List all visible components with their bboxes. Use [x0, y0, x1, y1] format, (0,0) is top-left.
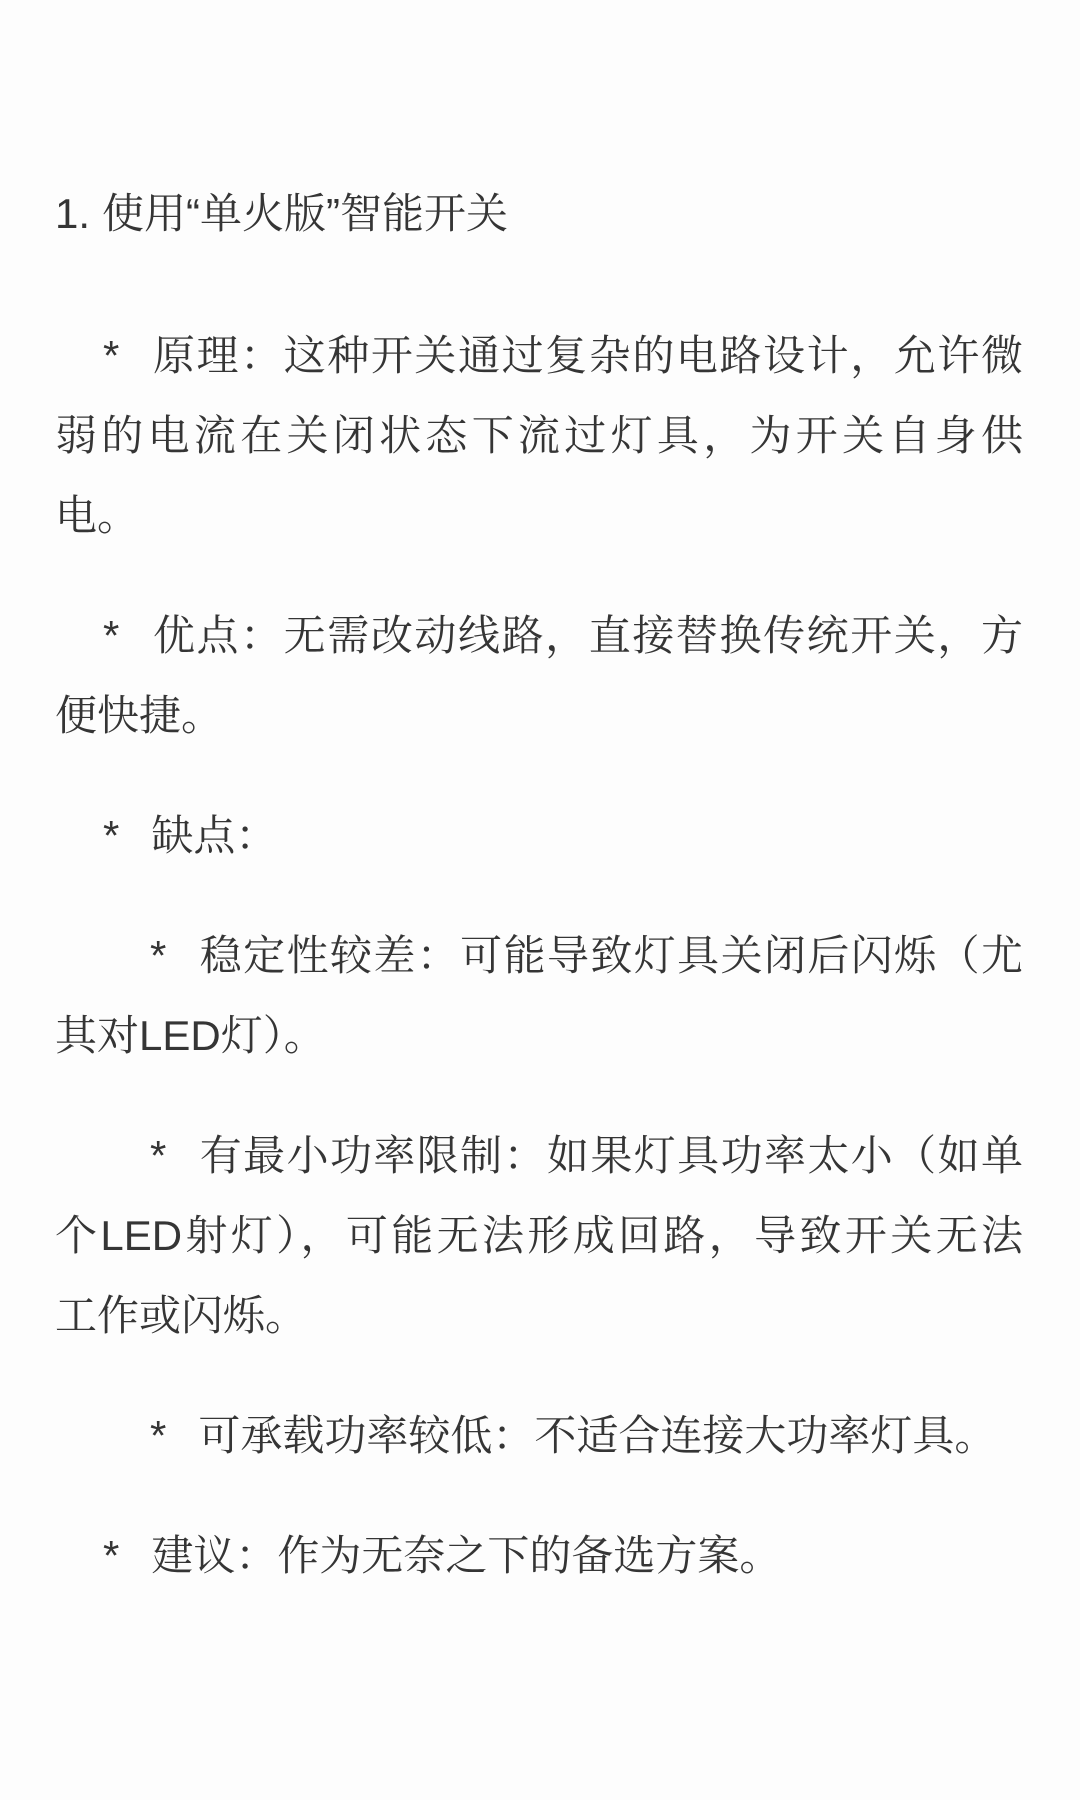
bullet-asterisk: *: [103, 812, 119, 859]
item-text: 原理：这种开关通过复杂的电路设计，允许微: [151, 332, 1023, 379]
item-line: 便快捷。: [55, 676, 1023, 756]
item-line: *有最小功率限制：如果灯具功率太小（如单: [55, 1116, 1023, 1196]
bullet-asterisk: *: [103, 612, 119, 659]
indent-spacer: [55, 969, 150, 970]
section-heading: 1.使用“单火版”智能开关: [55, 174, 1023, 254]
indent-spacer: [55, 1169, 150, 1170]
bullet-item-stability: *稳定性较差：可能导致灯具关闭后闪烁（尤 其对LED灯）。: [55, 916, 1023, 1076]
item-text: 便快捷。: [55, 692, 223, 739]
item-line: 其对LED灯）。: [55, 996, 1023, 1076]
bullet-asterisk: *: [103, 1532, 119, 1579]
bullet-gap: [166, 1449, 198, 1450]
item-text: 可承载功率较低：不适合连接大功率灯具。: [198, 1412, 996, 1459]
item-line: *建议：作为无奈之下的备选方案。: [55, 1516, 1023, 1596]
item-text: 缺点：: [151, 812, 277, 859]
bullet-item-advantage: *优点：无需改动线路，直接替换传统开关，方 便快捷。: [55, 596, 1023, 756]
item-line: 电。: [55, 476, 1023, 556]
bullet-gap: [119, 369, 151, 370]
item-line: 弱的电流在关闭状态下流过灯具，为开关自身供: [55, 396, 1023, 476]
item-text: 电。: [55, 492, 139, 539]
heading-text: 使用“单火版”智能开关: [102, 190, 508, 237]
bullet-item-suggestion: *建议：作为无奈之下的备选方案。: [55, 1516, 1023, 1596]
item-text: 其对LED灯）。: [55, 1012, 326, 1059]
item-text: 工作或闪烁。: [55, 1292, 307, 1339]
bullet-asterisk: *: [150, 1132, 166, 1179]
item-line: 工作或闪烁。: [55, 1276, 1023, 1356]
bullet-item-load-power: *可承载功率较低：不适合连接大功率灯具。: [55, 1396, 1023, 1476]
item-line: *原理：这种开关通过复杂的电路设计，允许微: [55, 316, 1023, 396]
bullet-asterisk: *: [150, 932, 166, 979]
indent-spacer: [55, 1569, 103, 1570]
heading-gap: [90, 227, 102, 228]
item-line: *稳定性较差：可能导致灯具关闭后闪烁（尤: [55, 916, 1023, 996]
bullet-item-principle: *原理：这种开关通过复杂的电路设计，允许微 弱的电流在关闭状态下流过灯具，为开关…: [55, 316, 1023, 556]
item-line: 个LED射灯），可能无法形成回路，导致开关无法: [55, 1196, 1023, 1276]
bullet-gap: [119, 649, 151, 650]
item-line: *可承载功率较低：不适合连接大功率灯具。: [55, 1396, 1023, 1476]
item-text: 个LED射灯），可能无法形成回路，导致开关无法: [55, 1212, 1023, 1259]
item-text: 弱的电流在关闭状态下流过灯具，为开关自身供: [55, 412, 1023, 459]
heading-line: 1.使用“单火版”智能开关: [55, 174, 1023, 254]
bullet-item-min-power: *有最小功率限制：如果灯具功率太小（如单 个LED射灯），可能无法形成回路，导致…: [55, 1116, 1023, 1356]
item-text: 稳定性较差：可能导致灯具关闭后闪烁（尤: [198, 932, 1023, 979]
bullet-gap: [166, 1169, 198, 1170]
indent-spacer: [55, 649, 103, 650]
indent-spacer: [55, 369, 103, 370]
item-text: 有最小功率限制：如果灯具功率太小（如单: [198, 1132, 1023, 1179]
item-text: 优点：无需改动线路，直接替换传统开关，方: [151, 612, 1023, 659]
bullet-asterisk: *: [103, 332, 119, 379]
bullet-item-disadvantage: *缺点：: [55, 796, 1023, 876]
bullet-gap: [119, 849, 151, 850]
document-body: 1.使用“单火版”智能开关 *原理：这种开关通过复杂的电路设计，允许微 弱的电流…: [0, 0, 1080, 1596]
item-line: *缺点：: [55, 796, 1023, 876]
indent-spacer: [55, 849, 103, 850]
indent-spacer: [55, 1449, 150, 1450]
bullet-asterisk: *: [150, 1412, 166, 1459]
heading-number: 1.: [55, 190, 90, 237]
item-text: 建议：作为无奈之下的备选方案。: [151, 1532, 781, 1579]
bullet-gap: [166, 969, 198, 970]
item-line: *优点：无需改动线路，直接替换传统开关，方: [55, 596, 1023, 676]
bullet-gap: [119, 1569, 151, 1570]
